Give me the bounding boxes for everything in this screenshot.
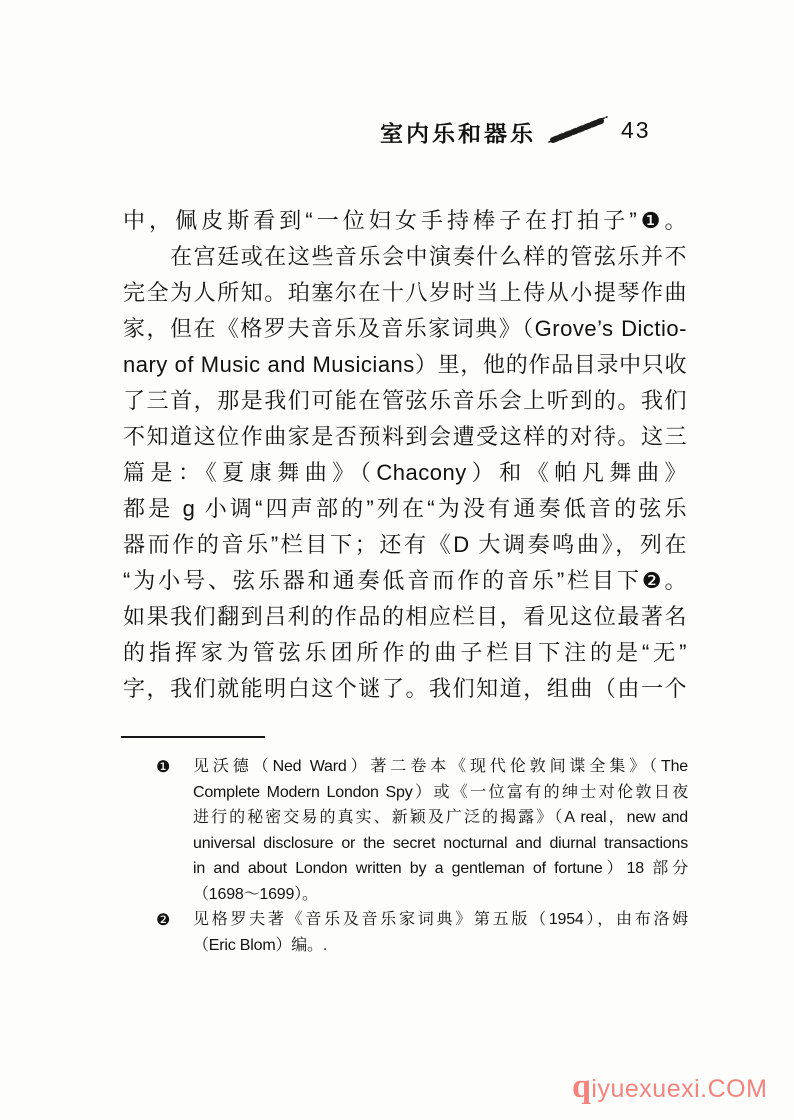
body-text: 中，佩皮斯看到“一位妇女手持棒子在打拍子”❶。 在宫廷或在这些音乐会中演奏什么样… <box>123 203 687 707</box>
book-page: 室内乐和器乐 43 中，佩皮斯看到“一位妇女手持棒子在打拍子”❶。 在宫廷或在这… <box>0 0 794 1120</box>
page-number: 43 <box>621 117 651 144</box>
running-head: 室内乐和器乐 43 <box>0 112 794 152</box>
footnote-line: in and about London written by a gentlem… <box>193 856 688 882</box>
footnote-line: （Eric Blom）编。. <box>193 933 688 959</box>
body-line: 中，佩皮斯看到“一位妇女手持棒子在打拍子”❶。 <box>123 203 687 239</box>
body-line: 完全为人所知。珀塞尔在十八岁时当上侍从小提琴作曲 <box>123 275 687 311</box>
footnotes-section: ❶ 见沃德（Ned Ward）著二卷本《现代伦敦间谍全集》（The Comple… <box>156 754 688 958</box>
footnote-marker: ❷ <box>156 907 193 958</box>
body-line: 在宫廷或在这些音乐会中演奏什么样的管弦乐并不 <box>123 239 687 275</box>
footnote-item: ❷ 见格罗夫著《音乐及音乐家词典》第五版（1954），由布洛姆 （Eric Bl… <box>156 907 688 958</box>
footnote-line: 见格罗夫著《音乐及音乐家词典》第五版（1954），由布洛姆 <box>193 907 688 933</box>
site-watermark: qiyuexuexi.COM <box>572 1068 767 1106</box>
body-line: 都是 g 小调“四声部的”列在“为没有通奏低音的弦乐 <box>123 491 687 527</box>
body-line: 篇是：《夏康舞曲》（Chacony）和《帕凡舞曲》（Pavan）， <box>123 455 687 491</box>
body-line: 了三首，那是我们可能在管弦乐音乐会上听到的。我们 <box>123 383 687 419</box>
body-line: 字，我们就能明白这个谜了。我们知道，组曲（由一个 <box>123 671 687 707</box>
body-line: 家，但在《格罗夫音乐及音乐家词典》（Grove’s Dictio- <box>123 311 687 347</box>
body-line: “为小号、弦乐器和通奏低音而作的音乐”栏目下❷。 <box>123 563 687 599</box>
pen-flourish-icon <box>547 114 611 146</box>
footnote-marker: ❶ <box>156 754 193 907</box>
body-line: 不知道这位作曲家是否预料到会遭受这样的对待。这三 <box>123 419 687 455</box>
body-line: 如果我们翻到吕利的作品的相应栏目，看见这位最著名 <box>123 599 687 635</box>
body-line: 器而作的音乐”栏目下；还有《D 大调奏鸣曲》，列在 <box>123 527 687 563</box>
footnote-separator <box>121 736 265 738</box>
chapter-title: 室内乐和器乐 <box>380 117 536 149</box>
footnote-line: 见沃德（Ned Ward）著二卷本《现代伦敦间谍全集》（The <box>193 754 688 780</box>
footnote-line: Complete Modern London Spy）或《一位富有的绅士对伦敦日… <box>193 780 688 806</box>
footnote-text: 见格罗夫著《音乐及音乐家词典》第五版（1954），由布洛姆 （Eric Blom… <box>193 907 688 958</box>
footnote-line: universal disclosure or the secret noctu… <box>193 831 688 857</box>
footnote-line: （1698～1699）。 <box>193 882 688 908</box>
footnote-text: 见沃德（Ned Ward）著二卷本《现代伦敦间谍全集》（The Complete… <box>193 754 688 907</box>
body-line: 的指挥家为管弦乐团所作的曲子栏目下注的是“无” <box>123 635 687 671</box>
footnote-item: ❶ 见沃德（Ned Ward）著二卷本《现代伦敦间谍全集》（The Comple… <box>156 754 688 907</box>
footnote-line: 进行的秘密交易的真实、新颖及广泛的揭露》（A real，new and <box>193 805 688 831</box>
body-line: nary of Music and Musicians）里，他的作品目录中只收进 <box>123 347 687 383</box>
